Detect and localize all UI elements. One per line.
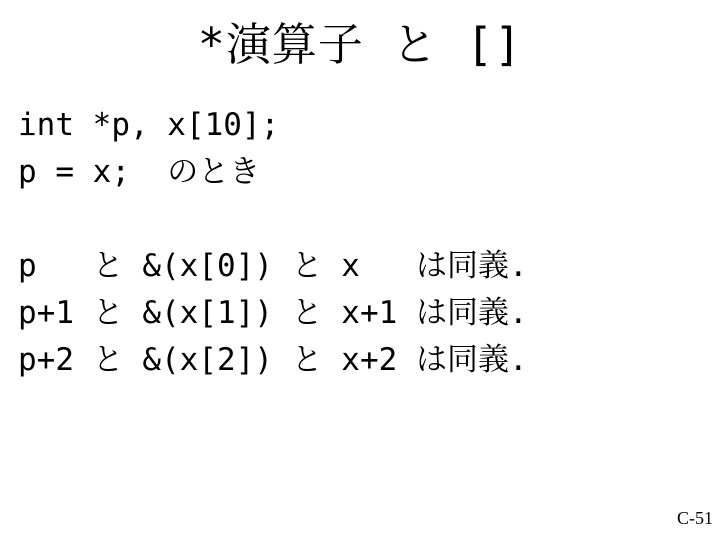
equivalence-line-3: p+2 と &(x[2]) と x+2 は同義. xyxy=(18,337,528,384)
slide: *演算子 と [] int *p, x[10]; p = x; のとき p と … xyxy=(0,0,720,540)
declaration-line-1: int *p, x[10]; xyxy=(18,102,528,149)
declaration-line-2: p = x; のとき xyxy=(18,149,528,196)
body-text-block: int *p, x[10]; p = x; のとき p と &(x[0]) と … xyxy=(18,102,528,384)
blank-line xyxy=(18,196,528,243)
page-number: C-51 xyxy=(677,507,713,529)
slide-title: *演算子 と [] xyxy=(0,16,720,74)
equivalence-line-1: p と &(x[0]) と x は同義. xyxy=(18,243,528,290)
equivalence-line-2: p+1 と &(x[1]) と x+1 は同義. xyxy=(18,290,528,337)
